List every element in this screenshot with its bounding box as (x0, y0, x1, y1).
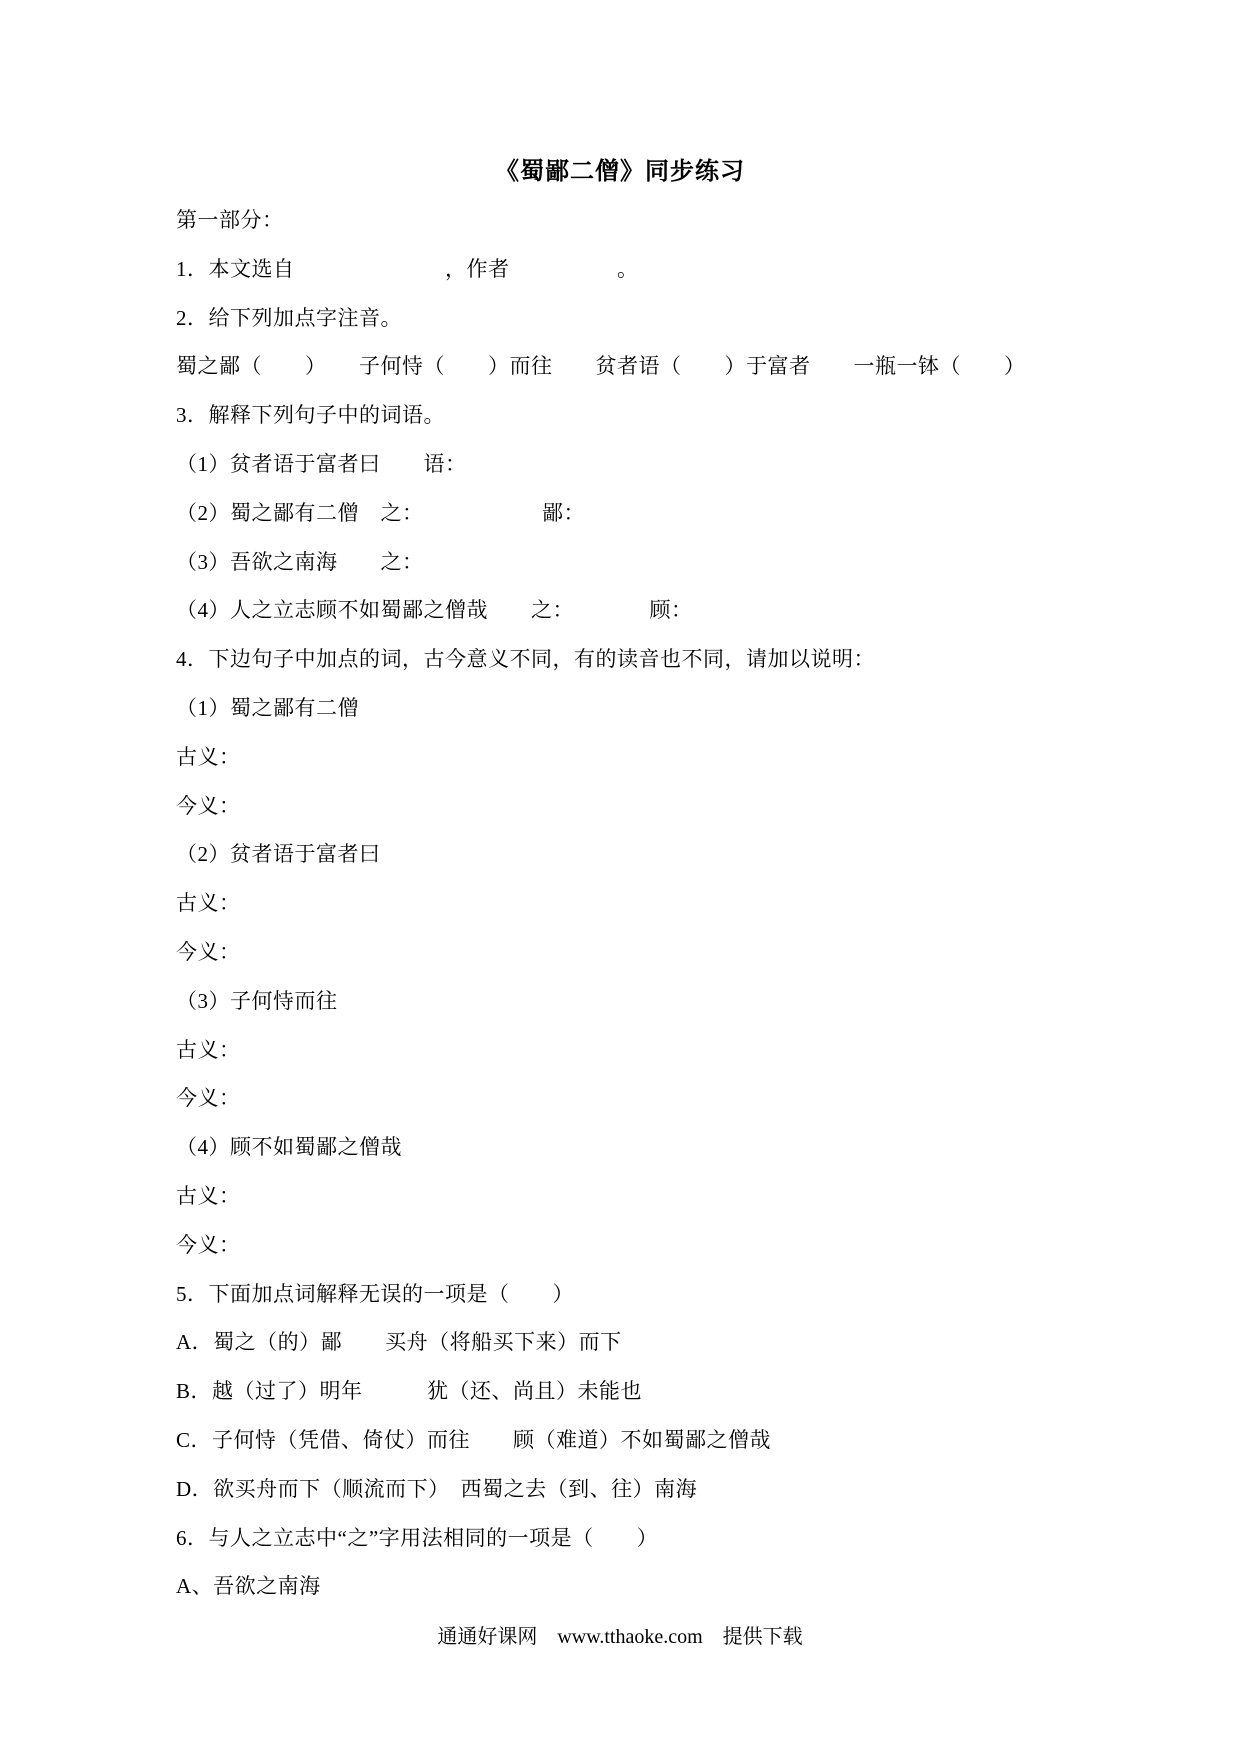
question-4-item-4-modern-meaning: 今义： (176, 1221, 1166, 1270)
part-one-heading: 第一部分： (176, 196, 1166, 245)
question-2-pinyin-words: 蜀之鄙（ ） 子何恃（ ）而往 贫者语（ ）于富者 一瓶一钵（ ） (176, 342, 1166, 391)
question-4-item-3-ancient-meaning: 古义： (176, 1026, 1166, 1075)
page-title: 《蜀鄙二僧》同步练习 (0, 155, 1240, 187)
question-5-heading: 5．下面加点词解释无误的一项是（ ） (176, 1270, 1166, 1319)
question-4-item-2-modern-meaning: 今义： (176, 928, 1166, 977)
worksheet-body: 第一部分： 1．本文选自 ，作者 。 2．给下列加点字注音。 蜀之鄙（ ） 子何… (176, 196, 1166, 1611)
question-4-item-1-modern-meaning: 今义： (176, 782, 1166, 831)
question-1-fill-blank: 1．本文选自 ，作者 。 (176, 245, 1166, 294)
question-4-item-2: （2）贫者语于富者曰 (176, 830, 1166, 879)
question-3-item-3: （3）吾欲之南海 之： (176, 538, 1166, 587)
question-3-item-1: （1）贫者语于富者曰 语： (176, 440, 1166, 489)
question-3-item-4: （4）人之立志顾不如蜀鄙之僧哉 之： 顾： (176, 586, 1166, 635)
question-6-heading: 6．与人之立志中“之”字用法相同的一项是（ ） (176, 1514, 1166, 1563)
question-3-item-2: （2）蜀之鄙有二僧 之： 鄙： (176, 489, 1166, 538)
worksheet-page: 《蜀鄙二僧》同步练习 第一部分： 1．本文选自 ，作者 。 2．给下列加点字注音… (0, 0, 1240, 1754)
question-5-option-d: D．欲买舟而下（顺流而下） 西蜀之去（到、往）南海 (176, 1465, 1166, 1514)
question-6-option-a: A、吾欲之南海 (176, 1562, 1166, 1611)
page-footer: 通通好课网 www.tthaoke.com 提供下载 (0, 1622, 1240, 1652)
question-2-heading: 2．给下列加点字注音。 (176, 294, 1166, 343)
question-4-item-3: （3）子何恃而往 (176, 977, 1166, 1026)
question-5-option-a: A．蜀之（的）鄙 买舟（将船买下来）而下 (176, 1318, 1166, 1367)
question-4-item-1-ancient-meaning: 古义： (176, 733, 1166, 782)
question-3-heading: 3．解释下列句子中的词语。 (176, 391, 1166, 440)
question-4-item-3-modern-meaning: 今义： (176, 1074, 1166, 1123)
question-4-item-1: （1）蜀之鄙有二僧 (176, 684, 1166, 733)
question-4-item-4: （4）顾不如蜀鄙之僧哉 (176, 1123, 1166, 1172)
question-5-option-c: C．子何恃（凭借、倚仗）而往 顾（难道）不如蜀鄙之僧哉 (176, 1416, 1166, 1465)
question-4-item-2-ancient-meaning: 古义： (176, 879, 1166, 928)
question-5-option-b: B．越（过了）明年 犹（还、尚且）未能也 (176, 1367, 1166, 1416)
question-4-heading: 4．下边句子中加点的词，古今意义不同，有的读音也不同，请加以说明： (176, 635, 1166, 684)
question-4-item-4-ancient-meaning: 古义： (176, 1172, 1166, 1221)
